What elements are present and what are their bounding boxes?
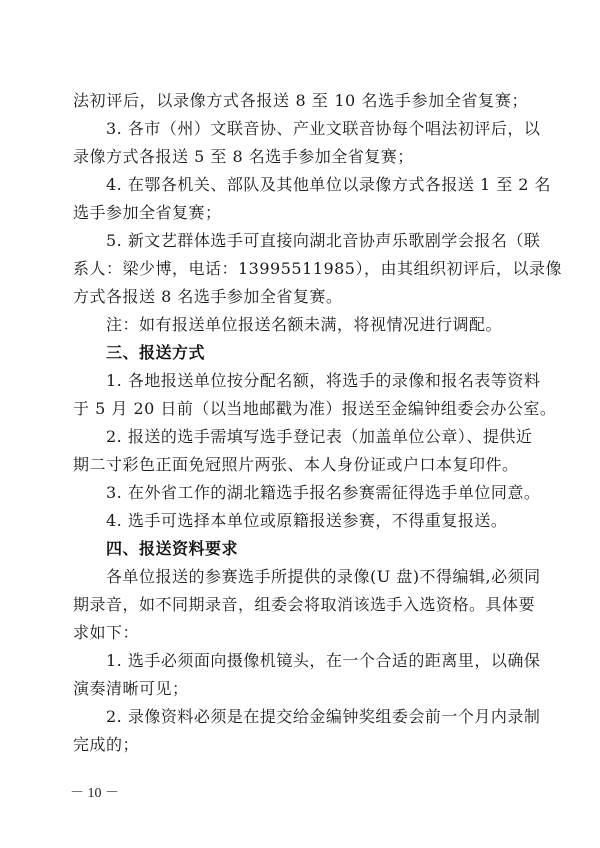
page-number: － 10 －: [70, 784, 119, 804]
text-line: 3. 各市（州）文联音协、产业文联音协每个唱法初评后，以: [106, 117, 528, 141]
text-line: 期录音，如不同期录音，组委会将取消该选手入选资格。具体要: [73, 593, 528, 617]
text-line: 于 5 月 20 日前（以当地邮戳为准）报送至金编钟组委会办公室。: [73, 397, 528, 421]
text-line: 各单位报送的参赛选手所提供的录像(U 盘)不得编辑,必须同: [106, 565, 528, 589]
text-line: 2. 报送的选手需填写选手登记表（加盖单位公章）、提供近: [106, 425, 528, 449]
text-line: 演奏清晰可见；: [73, 677, 528, 701]
text-line: 选手参加全省复赛；: [73, 201, 528, 225]
text-line: 求如下：: [73, 621, 528, 645]
text-line: 期二寸彩色正面免冠照片两张、本人身份证或户口本复印件。: [73, 453, 528, 477]
text-line: 1. 各地报送单位按分配名额，将选手的录像和报名表等资料: [106, 369, 528, 393]
text-line: 系人：梁少博，电话：13995511985），由其组织初评后，以录像: [73, 257, 528, 281]
text-line: 4. 选手可选择本单位或原籍报送参赛，不得重复报送。: [106, 509, 528, 533]
text-line: 4. 在鄂各机关、部队及其他单位以录像方式各报送 1 至 2 名: [106, 173, 528, 197]
note-line: 注：如有报送单位报送名额未满，将视情况进行调配。: [106, 313, 528, 337]
text-line: 完成的；: [73, 733, 528, 757]
section-heading-4: 四、报送资料要求: [106, 537, 528, 561]
text-line: 方式各报送 8 名选手参加全省复赛。: [73, 285, 528, 309]
text-line: 录像方式各报送 5 至 8 名选手参加全省复赛；: [73, 145, 528, 169]
document-page: 法初评后，以录像方式各报送 8 至 10 名选手参加全省复赛； 3. 各市（州）…: [0, 0, 600, 848]
text-line: 法初评后，以录像方式各报送 8 至 10 名选手参加全省复赛；: [73, 89, 528, 113]
text-line: 1. 选手必须面向摄像机镜头，在一个合适的距离里，以确保: [106, 649, 528, 673]
section-heading-3: 三、报送方式: [106, 341, 528, 365]
text-line: 2. 录像资料必须是在提交给金编钟奖组委会前一个月内录制: [106, 705, 528, 729]
text-line: 3. 在外省工作的湖北籍选手报名参赛需征得选手单位同意。: [106, 481, 528, 505]
text-line: 5. 新文艺群体选手可直接向湖北音协声乐歌剧学会报名（联: [106, 229, 528, 253]
